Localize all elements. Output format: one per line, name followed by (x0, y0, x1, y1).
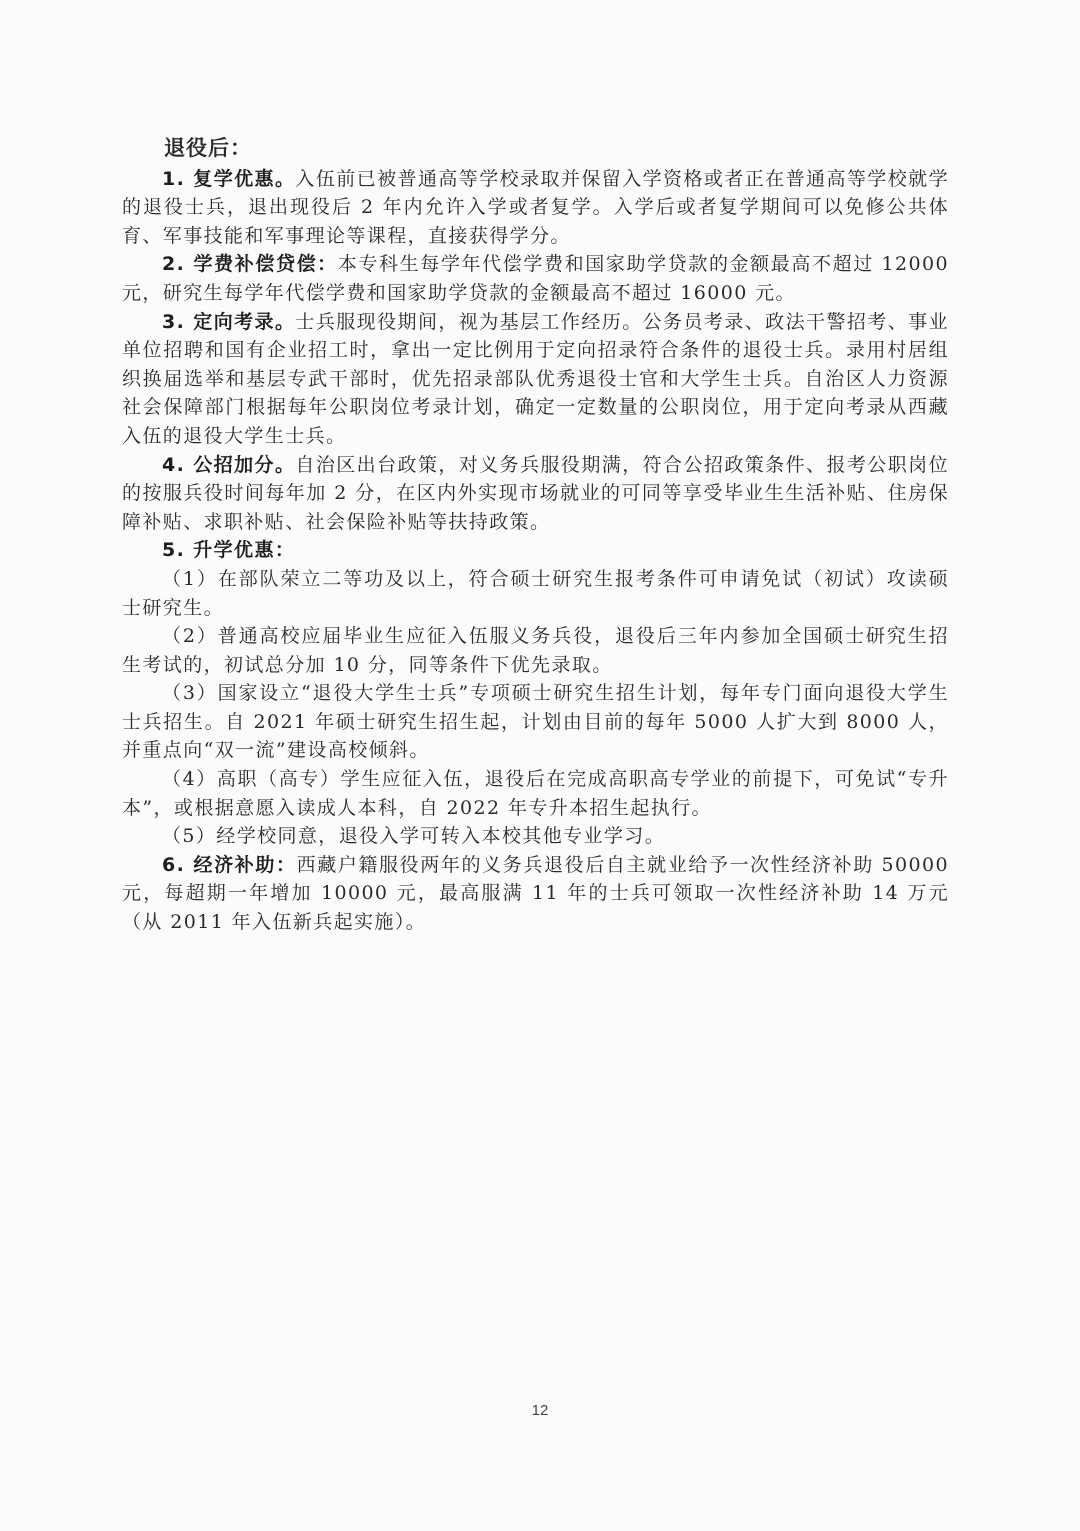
paragraph-title: 3. 定向考录。 (162, 311, 295, 333)
paragraph-tuition-compensation: 2. 学费补偿贷偿：本专科生每学年代偿学费和国家助学贷款的金额最高不超过 120… (122, 250, 949, 307)
paragraph-targeted-recruitment: 3. 定向考录。士兵服现役期间，视为基层工作经历。公务员考录、政法干警招考、事业… (122, 308, 949, 451)
paragraph-title: 5. 升学优惠： (162, 539, 295, 561)
paragraph-further-study: 5. 升学优惠： (122, 536, 949, 565)
paragraph-title: 2. 学费补偿贷偿： (162, 253, 338, 275)
sub-item-4: （4）高职（高专）学生应征入伍，退役后在完成高职高专学业的前提下，可免试“专升本… (122, 765, 949, 822)
paragraph-title: 6. 经济补助： (162, 854, 297, 876)
section-heading: 退役后： (164, 134, 949, 163)
page-number: 12 (0, 1402, 1080, 1419)
paragraph-title: 1. 复学优惠。 (162, 168, 295, 190)
document-page: 退役后： 1. 复学优惠。入伍前已被普通高等学校录取并保留入学资格或者正在普通高… (122, 134, 949, 937)
paragraph-economic-subsidy: 6. 经济补助：西藏户籍服役两年的义务兵退役后自主就业给予一次性经济补助 500… (122, 851, 949, 937)
sub-item-1: （1）在部队荣立二等功及以上，符合硕士研究生报考条件可申请免试（初试）攻读硕士研… (122, 565, 949, 622)
sub-item-2: （2）普通高校应届毕业生应征入伍服义务兵役，退役后三年内参加全国硕士研究生招生考… (122, 622, 949, 679)
paragraph-exam-bonus: 4. 公招加分。自治区出台政策，对义务兵服役期满，符合公招政策条件、报考公职岗位… (122, 451, 949, 537)
paragraph-resume-study: 1. 复学优惠。入伍前已被普通高等学校录取并保留入学资格或者正在普通高等学校就学… (122, 165, 949, 251)
sub-item-3: （3）国家设立“退役大学生士兵”专项硕士研究生招生计划，每年专门面向退役大学生士… (122, 679, 949, 765)
sub-item-5: （5）经学校同意，退役入学可转入本校其他专业学习。 (122, 822, 949, 851)
paragraph-title: 4. 公招加分。 (162, 454, 295, 476)
